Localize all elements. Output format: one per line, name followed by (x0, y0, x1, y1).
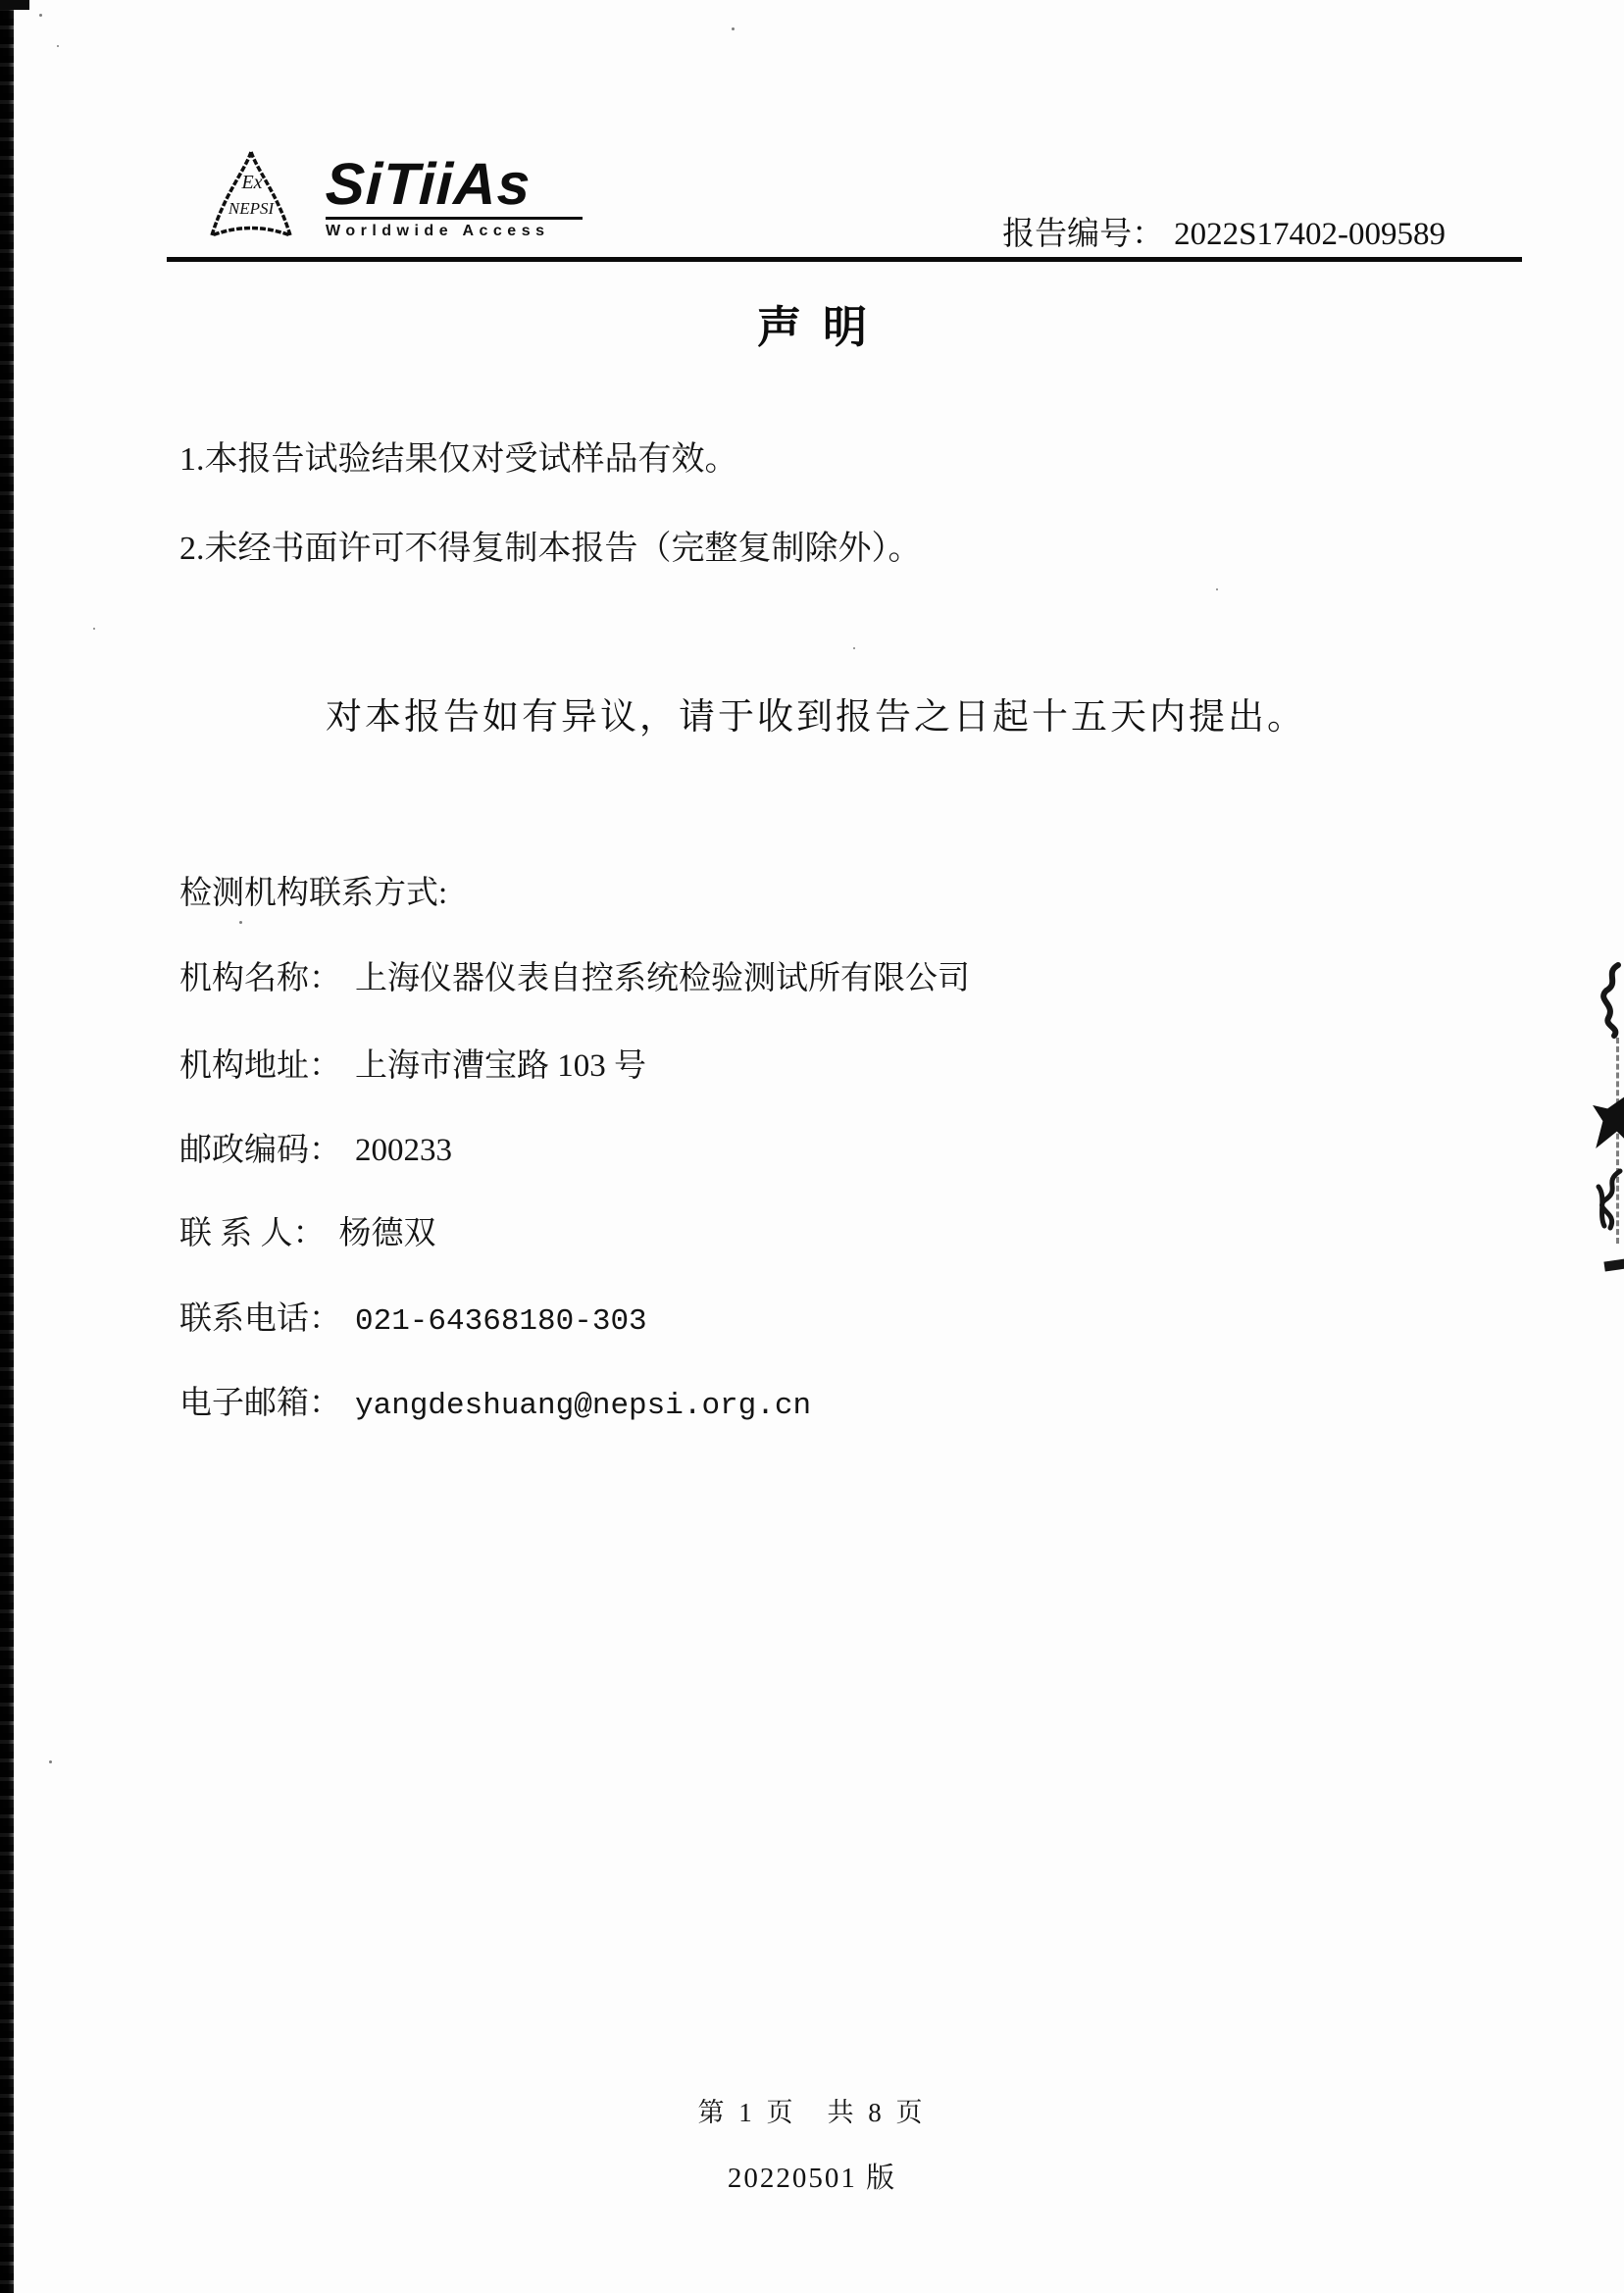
stamp-stroke-fragment (1591, 1167, 1624, 1236)
contact-row-org-address: 机构地址：上海市漕宝路 103 号 (179, 1040, 646, 1086)
brand-underline (326, 217, 583, 220)
contact-label: 联 系 人： (179, 1216, 326, 1251)
contact-heading: 检测机构联系方式: (179, 867, 447, 913)
logo-triangle-outline (212, 152, 290, 235)
report-number-label: 报告编号： (1002, 217, 1164, 252)
scanned-report-page: Ex NEPSI SiTiiAs Worldwide Access 报告编号：2… (0, 0, 1624, 2293)
contact-row-contact-person: 联 系 人：杨德双 (179, 1207, 436, 1253)
contact-row-org-name: 机构名称：上海仪器仪表自控系统检验测试所有限公司 (179, 952, 970, 998)
contact-value: yangdeshuang@nepsi.org.cn (355, 1389, 811, 1423)
brand-tagline: Worldwide Access (326, 223, 620, 240)
contact-label: 联系电话： (179, 1301, 341, 1337)
stamp-bleedthrough-fragments (1585, 961, 1624, 1285)
contact-label: 机构名称： (179, 961, 341, 996)
stamp-dash-fragment (1603, 1259, 1624, 1272)
contact-label: 机构地址： (179, 1048, 341, 1084)
contact-row-postal-code: 邮政编码：200233 (179, 1124, 452, 1170)
objection-notice: 对本报告如有异议，请于收到报告之日起十五天内提出。 (326, 687, 1306, 739)
brand-block: SiTiiAs Worldwide Access (326, 153, 620, 240)
scan-speck (49, 1760, 52, 1763)
scan-speck (93, 628, 95, 630)
footer-page-number: 第 1 页 共 8 页 (0, 2091, 1624, 2129)
report-number-line: 报告编号：2022S17402-009589 (1002, 208, 1446, 254)
nepsi-ex-triangle-logo: Ex NEPSI (201, 147, 301, 243)
contact-value: 021-64368180-303 (355, 1304, 647, 1339)
logo-nepsi-label: NEPSI (228, 199, 276, 218)
contact-value: 上海市漕宝路 103 号 (355, 1048, 646, 1084)
contact-row-email: 电子邮箱：yangdeshuang@nepsi.org.cn (179, 1377, 811, 1423)
page-title: 声明 (0, 291, 1624, 355)
header-rule (167, 257, 1522, 262)
contact-row-phone: 联系电话：021-64368180-303 (179, 1293, 647, 1339)
contact-value: 杨德双 (339, 1216, 436, 1251)
scan-speck (1216, 588, 1218, 590)
statement-1: 1.本报告试验结果仅对受试样品有效。 (179, 432, 738, 480)
contact-value: 上海仪器仪表自控系统检验测试所有限公司 (355, 961, 970, 996)
brand-wordmark: SiTiiAs (325, 153, 621, 216)
contact-label: 邮政编码： (179, 1133, 341, 1168)
stamp-stroke-fragment (1591, 961, 1624, 1040)
scan-speck (853, 647, 855, 649)
header: Ex NEPSI SiTiiAs Worldwide Access 报告编号：2… (0, 0, 1624, 265)
logo-ex-label: Ex (240, 172, 262, 193)
statement-2: 2.未经书面许可不得复制本报告（完整复制除外）。 (179, 521, 922, 569)
report-number-value: 2022S17402-009589 (1174, 217, 1446, 252)
footer-version: 20220501 版 (0, 2156, 1624, 2196)
scan-speck (239, 921, 242, 924)
stamp-star-fragment (1593, 1092, 1624, 1148)
contact-label: 电子邮箱： (179, 1386, 341, 1421)
contact-value: 200233 (355, 1133, 452, 1168)
